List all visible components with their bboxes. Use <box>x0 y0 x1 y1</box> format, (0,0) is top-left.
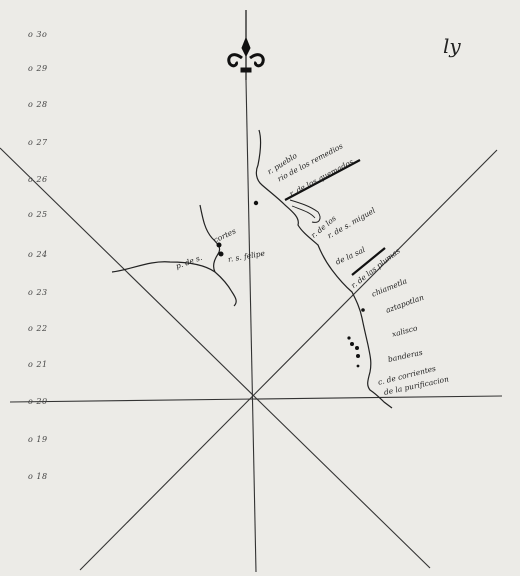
latitude-label: o 29 <box>28 64 48 73</box>
rhumb-lines <box>0 80 502 572</box>
latitude-label: o 25 <box>28 210 48 219</box>
latitude-label: o 19 <box>28 435 48 444</box>
map-canvas <box>0 0 520 576</box>
latitude-label: o 20 <box>28 397 48 406</box>
latitude-label: o 26 <box>28 175 48 184</box>
latitude-label: o 3o <box>28 30 47 39</box>
latitude-label: o 23 <box>28 288 48 297</box>
meridian-line <box>246 80 256 572</box>
latitude-label: o 28 <box>28 100 48 109</box>
page-mark: ly <box>443 34 461 58</box>
fleur-de-lis-icon <box>229 10 264 80</box>
latitude-label: o 24 <box>28 250 48 259</box>
latitude-label: o 22 <box>28 324 48 333</box>
latitude-label: o 27 <box>28 138 48 147</box>
latitude-label: o 18 <box>28 472 48 481</box>
latitude-label: o 21 <box>28 360 48 369</box>
equator-line <box>10 396 502 402</box>
diagonal-ne-sw <box>80 150 497 570</box>
